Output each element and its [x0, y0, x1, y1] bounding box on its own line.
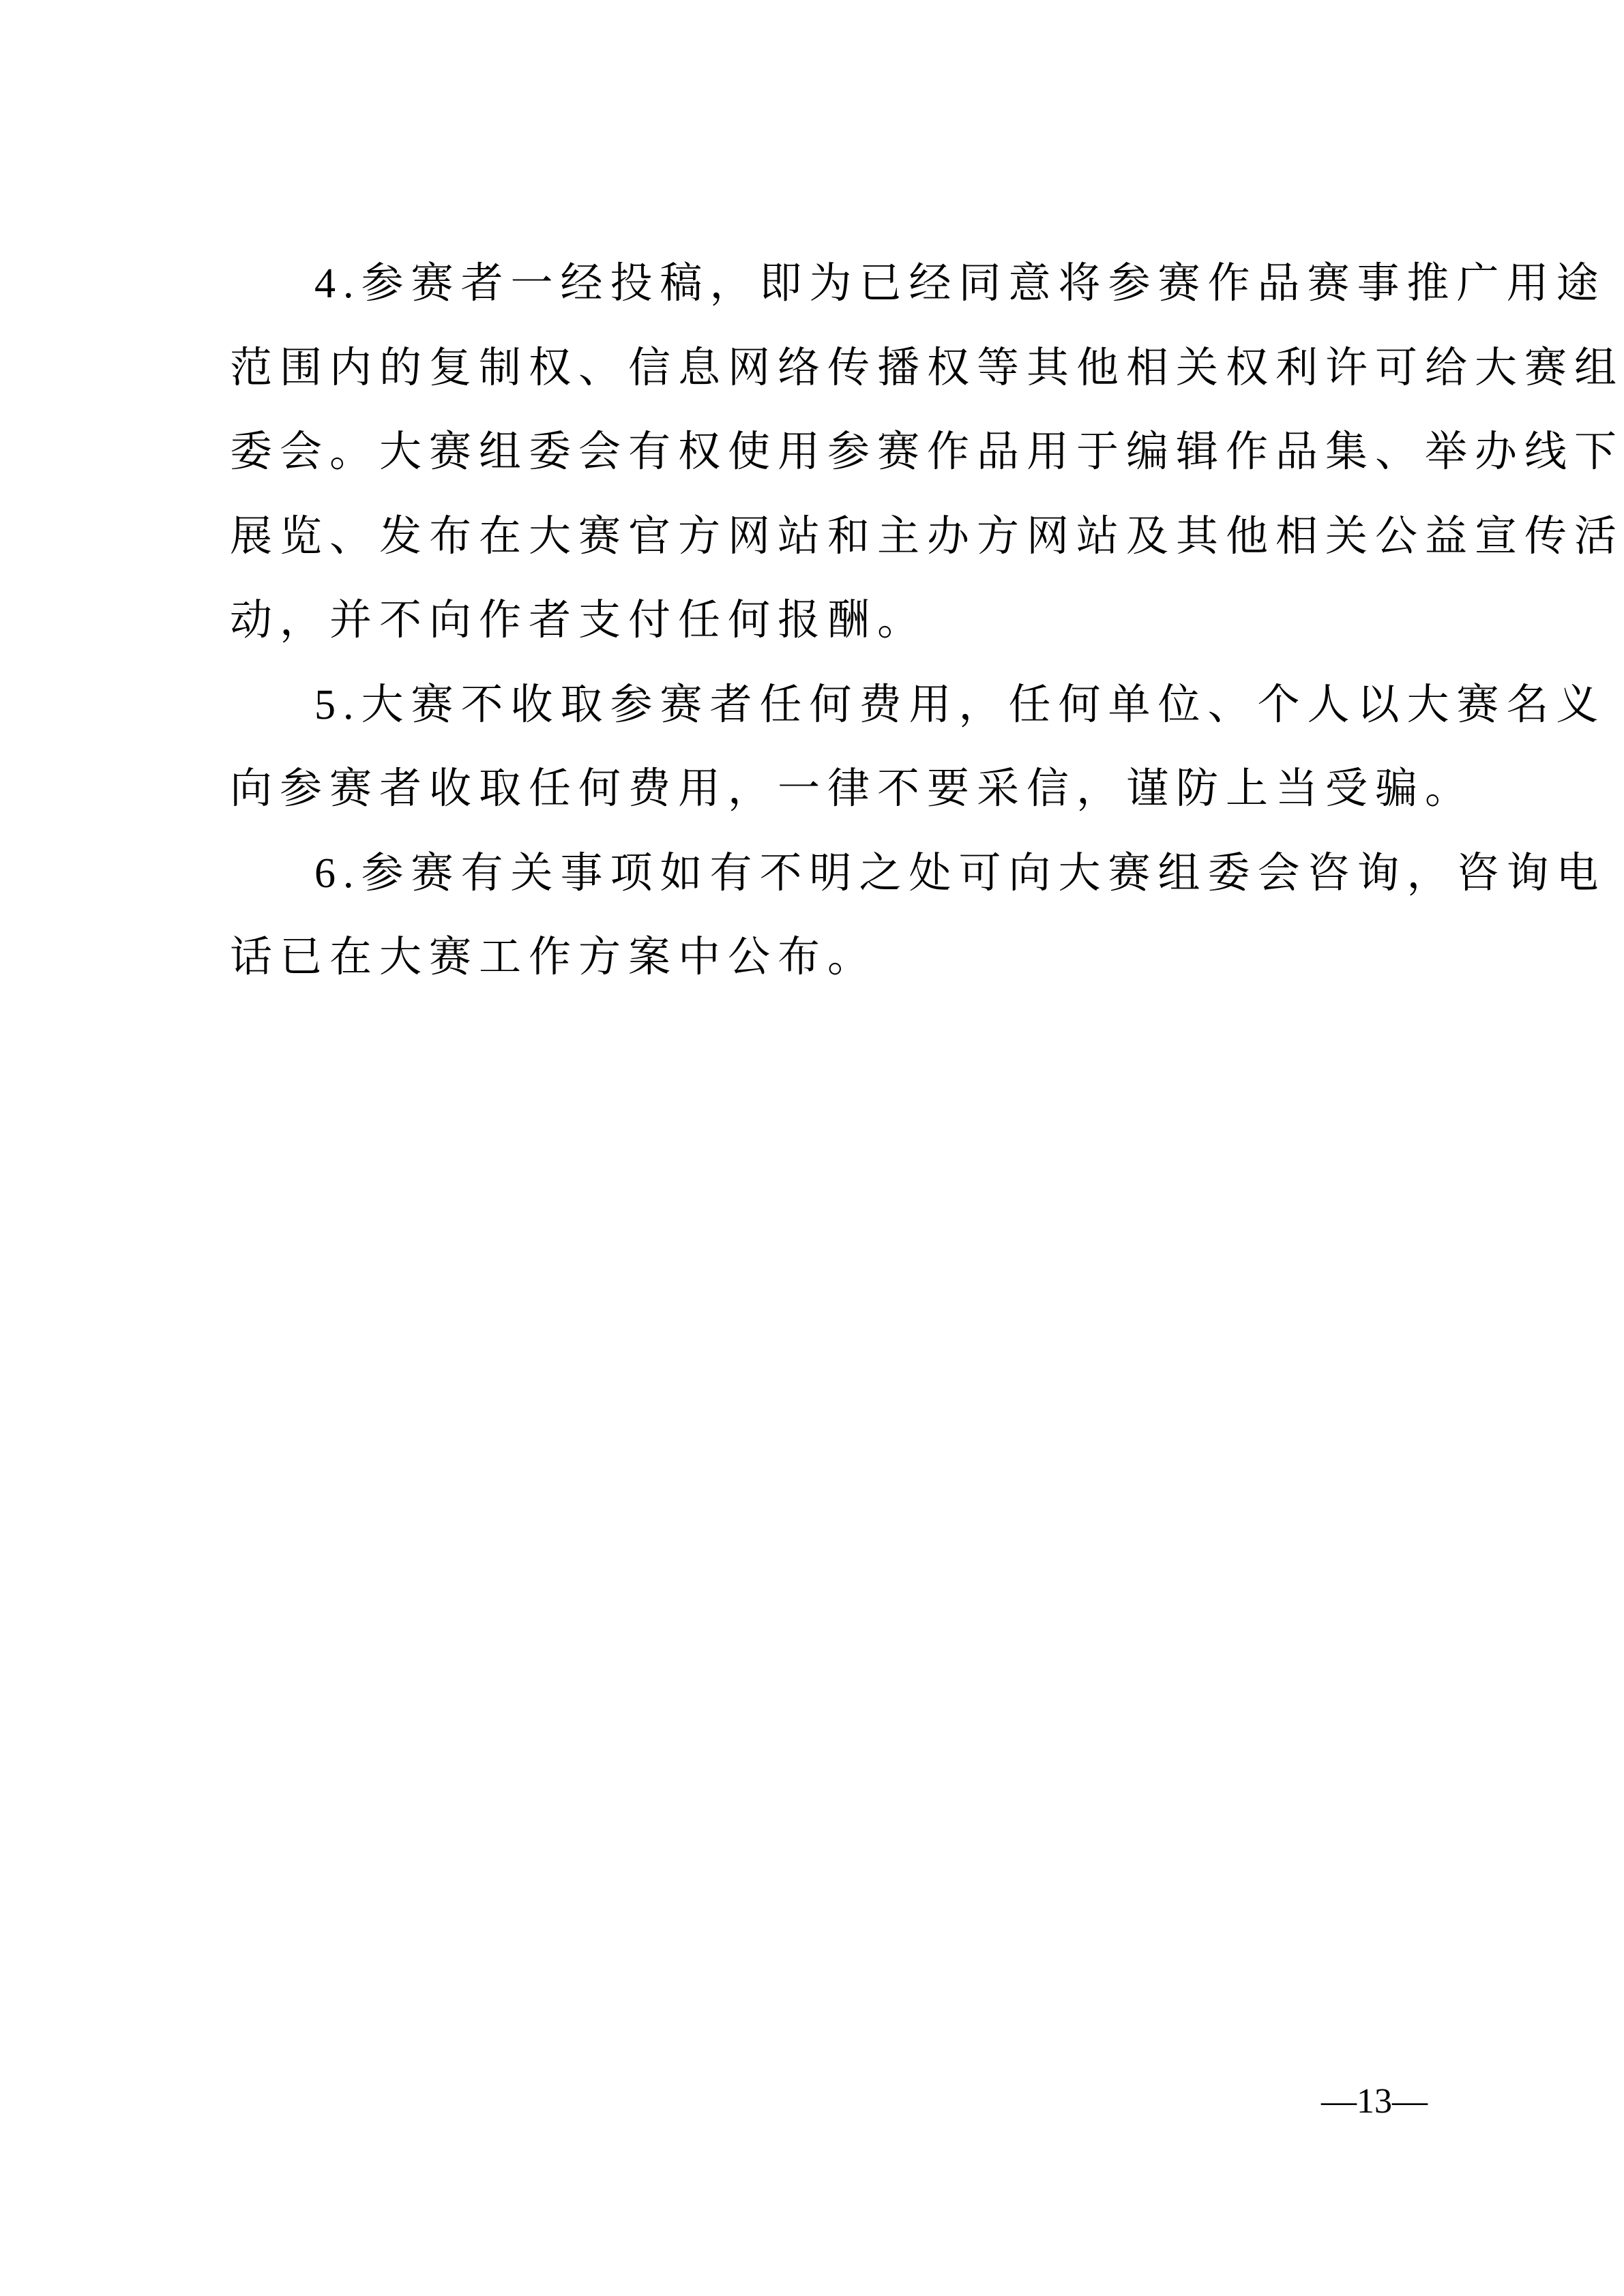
paragraph-line: 向参赛者收取任何费用，一律不要采信，谨防上当受骗。 [230, 758, 1430, 842]
paragraph-line: 动，并不向作者支付任何报酬。 [230, 589, 1430, 674]
document-page: 4.参赛者一经投稿，即为已经同意将参赛作品赛事推广用途 范围内的复制权、信息网络… [0, 0, 1624, 2296]
paragraph-line: 委会。大赛组委会有权使用参赛作品用于编辑作品集、举办线下 [230, 421, 1430, 505]
paragraph-6: 6.参赛有关事项如有不明之处可向大赛组委会咨询，咨询电 话已在大赛工作方案中公布… [230, 842, 1430, 1011]
paragraph-line: 6.参赛有关事项如有不明之处可向大赛组委会咨询，咨询电 [230, 842, 1430, 927]
paragraph-line: 4.参赛者一经投稿，即为已经同意将参赛作品赛事推广用途 [230, 252, 1430, 337]
paragraph-line: 范围内的复制权、信息网络传播权等其他相关权利许可给大赛组 [230, 337, 1430, 421]
paragraph-line: 展览、发布在大赛官方网站和主办方网站及其他相关公益宣传活 [230, 505, 1430, 590]
paragraph-4: 4.参赛者一经投稿，即为已经同意将参赛作品赛事推广用途 范围内的复制权、信息网络… [230, 252, 1430, 674]
document-body: 4.参赛者一经投稿，即为已经同意将参赛作品赛事推广用途 范围内的复制权、信息网络… [230, 252, 1430, 1011]
paragraph-line: 5.大赛不收取参赛者任何费用，任何单位、个人以大赛名义 [230, 674, 1430, 758]
paragraph-line: 话已在大赛工作方案中公布。 [230, 926, 1430, 1011]
paragraph-5: 5.大赛不收取参赛者任何费用，任何单位、个人以大赛名义 向参赛者收取任何费用，一… [230, 674, 1430, 842]
page-number: —13— [1316, 2074, 1432, 2129]
